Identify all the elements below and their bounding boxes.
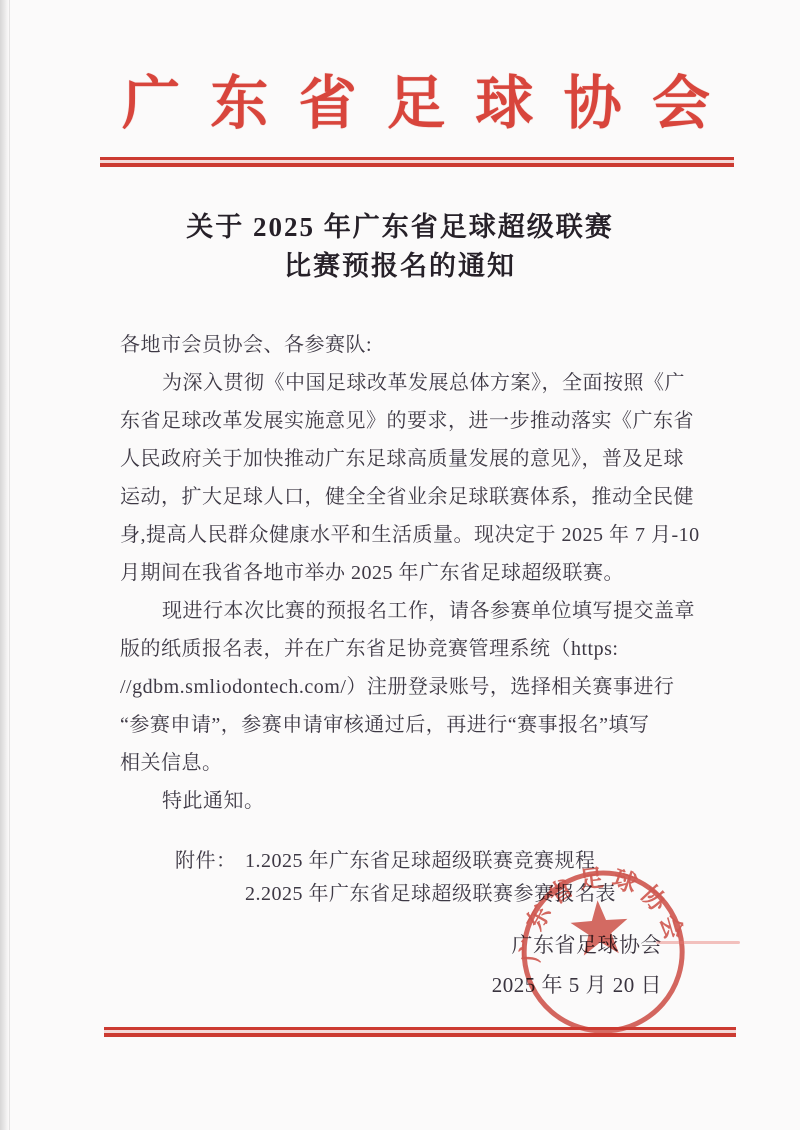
body-line: 特此通知。 — [120, 782, 694, 820]
body-line: 各地市会员协会、各参赛队: — [120, 326, 694, 364]
org-name-char: 会 — [652, 75, 710, 133]
org-name: 广东省足球协会 — [122, 70, 710, 138]
attachments-label: 附件： — [175, 845, 245, 878]
org-name-char: 足 — [387, 75, 445, 133]
seal-star-icon — [569, 898, 630, 956]
body-line: 人民政府关于加快推动广东足球高质量发展的意见》，普及足球 — [120, 440, 694, 478]
org-name-char: 球 — [475, 75, 533, 133]
scan-ink-smear — [656, 941, 740, 944]
body-line: 版的纸质报名表，并在广东省足协竞赛管理系统（https: — [120, 630, 694, 668]
footer-rule — [104, 1027, 736, 1037]
attachments-label — [175, 878, 245, 911]
body-line: //gdbm.smliodontech.com/）注册登录账号，选择相关赛事进行 — [120, 668, 694, 706]
official-seal: 广东省足球协会 — [509, 856, 697, 1044]
body-line: 东省足球改革发展实施意见》的要求，进一步推动落实《广东省 — [120, 402, 694, 440]
body-line: 相关信息。 — [120, 744, 694, 782]
header-rule — [100, 157, 734, 167]
document-title-line1: 关于 2025 年广东省足球超级联赛 — [0, 208, 800, 247]
document-title-line2: 比赛预报名的通知 — [0, 247, 800, 286]
scan-page-edge — [0, 0, 10, 1130]
org-name-char: 省 — [299, 75, 357, 133]
body-line: 月期间在我省各地市举办 2025 年广东省足球超级联赛。 — [120, 554, 694, 592]
body-line: “参赛申请”，参赛申请审核通过后，再进行“赛事报名”填写 — [120, 706, 694, 744]
body-text: 各地市会员协会、各参赛队:为深入贯彻《中国足球改革发展总体方案》，全面按照《广东… — [120, 326, 694, 820]
body-line: 现进行本次比赛的预报名工作，请各参赛单位填写提交盖章 — [120, 592, 694, 630]
org-name-char: 协 — [564, 75, 622, 133]
body-line: 身,提高人民群众健康水平和生活质量。现决定于 2025 年 7 月-10 — [120, 516, 694, 554]
scanned-document-page: { "header": { "org_name": "广东省足球协会", "ac… — [0, 0, 800, 1130]
body-line: 为深入贯彻《中国足球改革发展总体方案》，全面按照《广 — [120, 364, 694, 402]
org-name-char: 东 — [210, 75, 268, 133]
org-name-char: 广 — [122, 75, 180, 133]
body-line: 运动，扩大足球人口，健全全省业余足球联赛体系，推动全民健 — [120, 478, 694, 516]
document-title: 关于 2025 年广东省足球超级联赛 比赛预报名的通知 — [0, 208, 800, 286]
